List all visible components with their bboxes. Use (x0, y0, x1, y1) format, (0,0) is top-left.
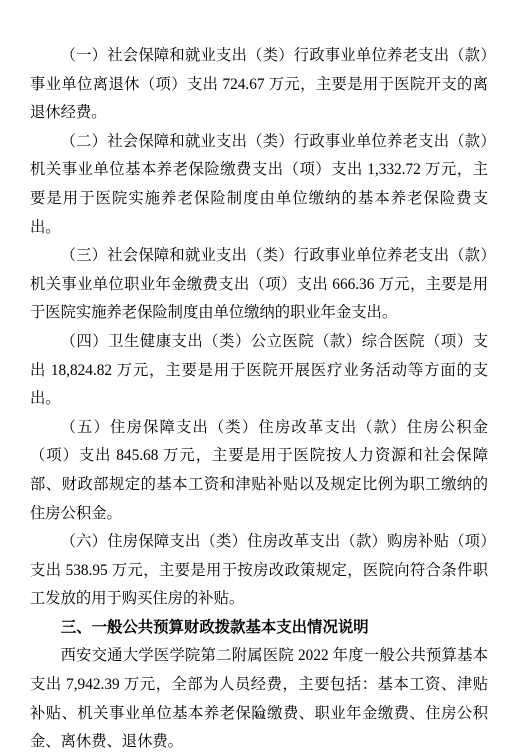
document-page: （一）社会保障和就业支出（类）行政事业单位养老支出（款）事业单位离退休（项）支出… (0, 0, 519, 753)
paragraph: （一）社会保障和就业支出（类）行政事业单位养老支出（款）事业单位离退休（项）支出… (30, 42, 488, 128)
paragraph: （三）社会保障和就业支出（类）行政事业单位养老支出（款）机关事业单位职业年金缴费… (30, 242, 488, 328)
paragraph: （六）住房保障支出（类）住房改革支出（款）购房补贴（项）支出 538.95 万元… (30, 528, 488, 614)
section-heading: 三、一般公共预算财政拨款基本支出情况说明 (30, 614, 488, 643)
page-content: （一）社会保障和就业支出（类）行政事业单位养老支出（款）事业单位离退休（项）支出… (30, 42, 488, 753)
page-number: 13 (0, 708, 519, 722)
paragraph: （四）卫生健康支出（类）公立医院（款）综合医院（项）支出 18,824.82 万… (30, 328, 488, 414)
paragraph: （二）社会保障和就业支出（类）行政事业单位养老支出（款）机关事业单位基本养老保险… (30, 128, 488, 242)
paragraph: （五）住房保障支出（类）住房改革支出（款）住房公积金（项）支出 845.68 万… (30, 414, 488, 528)
paragraph: 西安交通大学医学院第二附属医院 2022 年度一般公共预算基本支出 7,942.… (30, 642, 488, 753)
